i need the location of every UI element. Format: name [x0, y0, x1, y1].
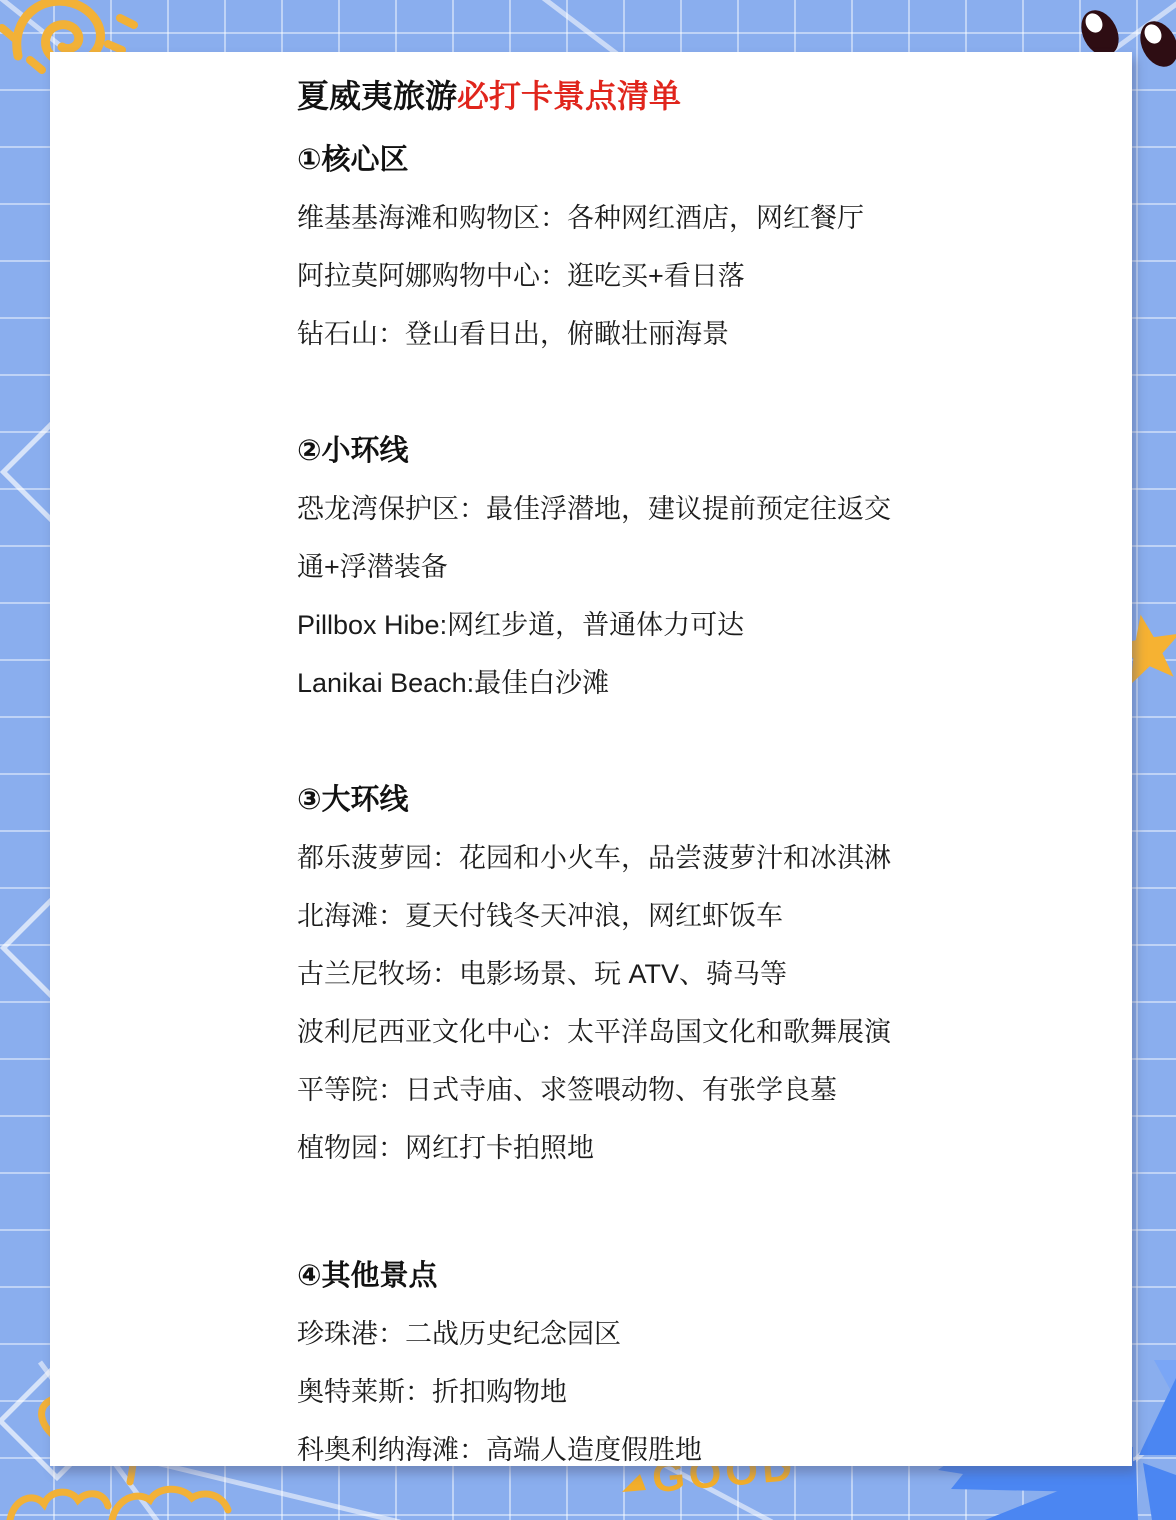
section-item: Pillbox Hibe:网红步道，普通体力可达: [297, 596, 911, 654]
poster-page: { "poster": { "title": { "prefix_black":…: [0, 0, 1176, 1520]
section-item: 植物园：网红打卡拍照地: [297, 1119, 911, 1177]
section-heading: ③大环线: [297, 771, 911, 829]
title-text: 夏威夷旅游: [297, 78, 457, 114]
title-highlight: 必打卡景点清单: [457, 78, 681, 114]
section-item: 奥特莱斯：折扣购物地: [297, 1363, 911, 1421]
section: ④其他景点 珍珠港：二战历史纪念园区奥特莱斯：折扣购物地科奥利纳海滩：高端人造度…: [297, 1247, 911, 1479]
section-item: 珍珠港：二战历史纪念园区: [297, 1305, 911, 1363]
section-item: 波利尼西亚文化中心：太平洋岛国文化和歌舞展演: [297, 1003, 911, 1061]
section-heading: ④其他景点: [297, 1247, 911, 1305]
section: ①核心区 维基基海滩和购物区：各种网红酒店，网红餐厅阿拉莫阿娜购物中心：逛吃买+…: [297, 131, 911, 363]
section: ②小环线 恐龙湾保护区：最佳浮潜地，建议提前预定往返交通+浮潜装备Pillbox…: [297, 422, 911, 712]
section-item: 都乐菠萝园：花园和小火车，品尝菠萝汁和冰淇淋: [297, 829, 911, 887]
note-content: 夏威夷旅游必打卡景点清单 ①核心区 维基基海滩和购物区：各种网红酒店，网红餐厅阿…: [297, 67, 911, 1479]
section-items: 维基基海滩和购物区：各种网红酒店，网红餐厅阿拉莫阿娜购物中心：逛吃买+看日落钻石…: [297, 189, 911, 363]
section-item: 维基基海滩和购物区：各种网红酒店，网红餐厅: [297, 189, 911, 247]
section-item: 古兰尼牧场：电影场景、玩 ATV、骑马等: [297, 945, 911, 1003]
section-items: 珍珠港：二战历史纪念园区奥特莱斯：折扣购物地科奥利纳海滩：高端人造度假胜地: [297, 1305, 911, 1479]
section-item: 钻石山：登山看日出，俯瞰壮丽海景: [297, 305, 911, 363]
section-items: 恐龙湾保护区：最佳浮潜地，建议提前预定往返交通+浮潜装备Pillbox Hibe…: [297, 480, 911, 712]
sections: ①核心区 维基基海滩和购物区：各种网红酒店，网红餐厅阿拉莫阿娜购物中心：逛吃买+…: [297, 131, 911, 1479]
section-item: 科奥利纳海滩：高端人造度假胜地: [297, 1421, 911, 1479]
section-heading: ②小环线: [297, 422, 911, 480]
section-item: 恐龙湾保护区：最佳浮潜地，建议提前预定往返交通+浮潜装备: [297, 480, 911, 596]
section-item: 平等院：日式寺庙、求签喂动物、有张学良墓: [297, 1061, 911, 1119]
section-item: 阿拉莫阿娜购物中心：逛吃买+看日落: [297, 247, 911, 305]
section-heading: ①核心区: [297, 131, 911, 189]
section-item: 北海滩：夏天付钱冬天冲浪，网红虾饭车: [297, 887, 911, 945]
section-items: 都乐菠萝园：花园和小火车，品尝菠萝汁和冰淇淋北海滩：夏天付钱冬天冲浪，网红虾饭车…: [297, 829, 911, 1177]
note-card: 夏威夷旅游必打卡景点清单 ①核心区 维基基海滩和购物区：各种网红酒店，网红餐厅阿…: [50, 52, 1132, 1466]
section-item: Lanikai Beach:最佳白沙滩: [297, 654, 911, 712]
section: ③大环线 都乐菠萝园：花园和小火车，品尝菠萝汁和冰淇淋北海滩：夏天付钱冬天冲浪，…: [297, 771, 911, 1177]
page-title: 夏威夷旅游必打卡景点清单: [297, 67, 911, 125]
